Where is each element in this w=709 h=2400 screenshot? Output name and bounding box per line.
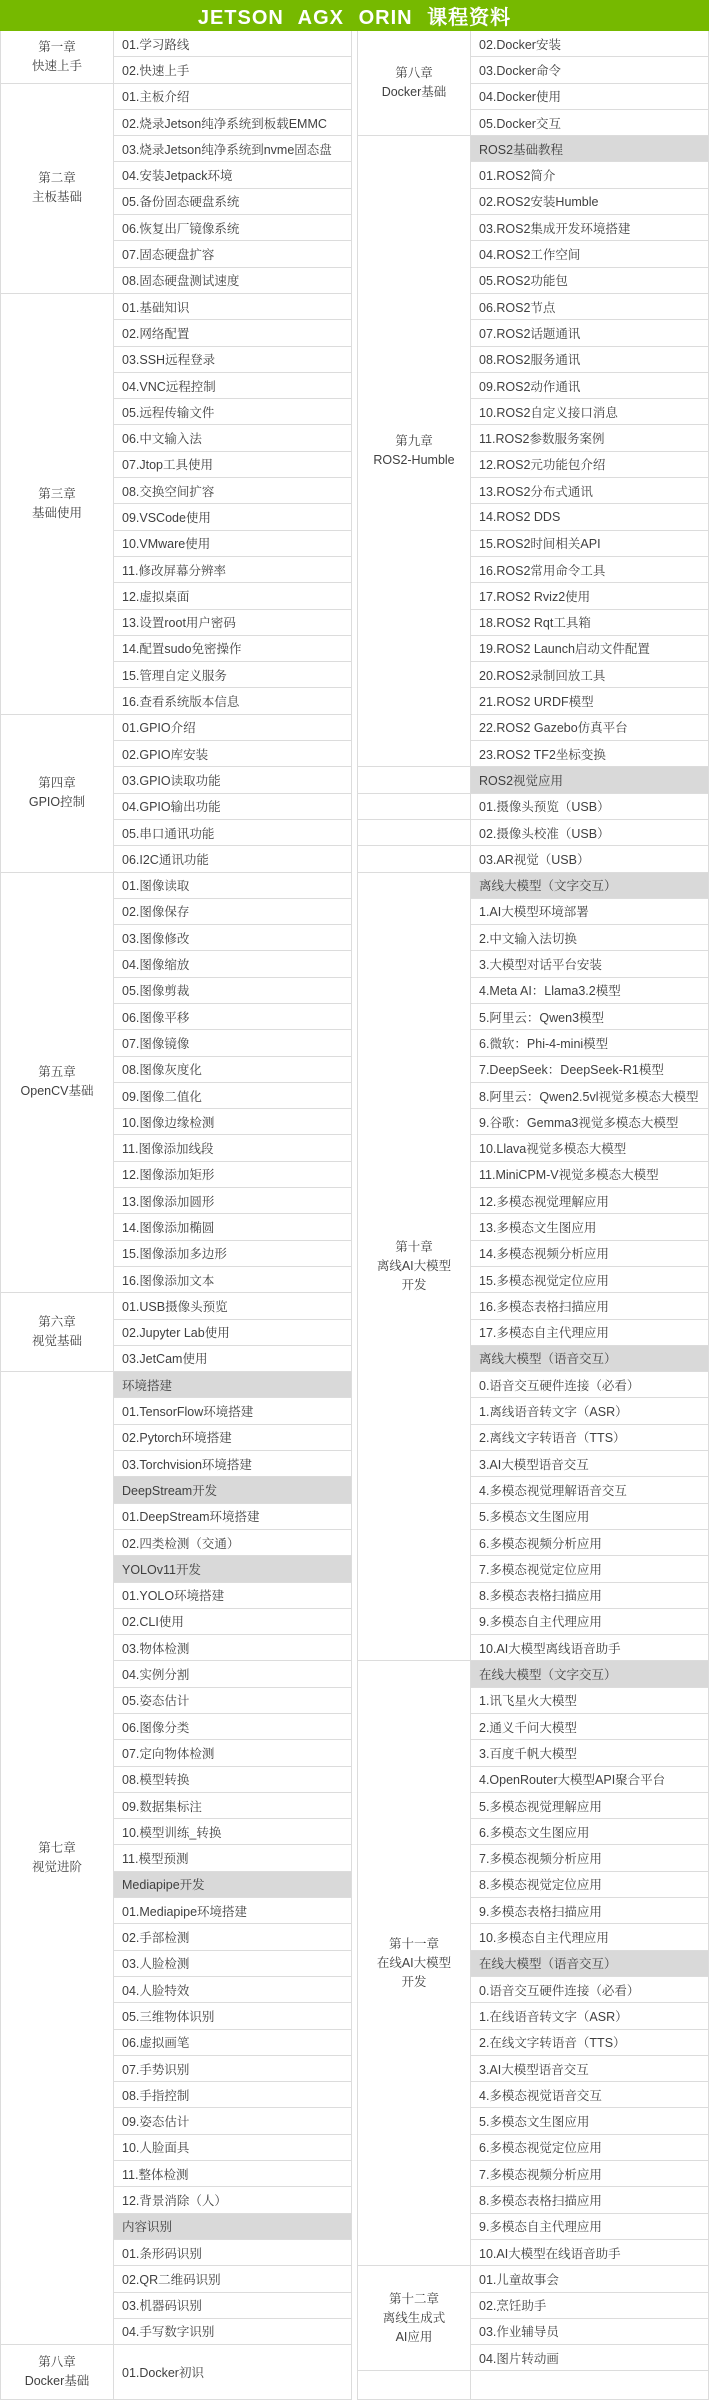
chapter-label-line: 离线生成式: [383, 2309, 446, 2328]
lesson-cell[interactable]: 13.图像添加圆形: [114, 1188, 351, 1214]
lesson-cell[interactable]: 04.实例分割: [114, 1661, 351, 1687]
lesson-cell[interactable]: 3.百度千帆大模型: [471, 1740, 708, 1766]
lesson-cell[interactable]: 16.查看系统版本信息: [114, 688, 351, 714]
lesson-cell[interactable]: 10.AI大模型在线语音助手: [471, 2240, 708, 2266]
chapter-section: 第六章视觉基础01.USB摄像头预览02.Jupyter Lab使用03.Jet…: [1, 1293, 351, 1372]
lesson-cell[interactable]: 03.人脸检测: [114, 1951, 351, 1977]
lesson-cell[interactable]: 4.OpenRouter大模型API聚合平台: [471, 1767, 708, 1793]
lesson-cell[interactable]: 13.ROS2分布式通讯: [471, 478, 708, 504]
lesson-cell[interactable]: 03.AR视觉（USB）: [471, 846, 708, 872]
subsection-header-cell[interactable]: 在线大模型（文字交互）: [471, 1661, 708, 1687]
lesson-cell[interactable]: 1.离线语音转文字（ASR）: [471, 1398, 708, 1424]
lesson-cell[interactable]: 10.Llava视觉多模态大模型: [471, 1135, 708, 1161]
lesson-cell[interactable]: 10.人脸面具: [114, 2135, 351, 2161]
lesson-cell[interactable]: 01.GPIO介绍: [114, 715, 351, 741]
lesson-cell[interactable]: 07.ROS2话题通讯: [471, 320, 708, 346]
chapter-label-line: 第三章: [38, 485, 76, 504]
lesson-cell[interactable]: 10.VMware使用: [114, 531, 351, 557]
lesson-cell[interactable]: 01.DeepStream环境搭建: [114, 1504, 351, 1530]
chapter-label-line: 第十一章: [389, 1935, 439, 1954]
chapter-label-line: 第四章: [38, 774, 76, 793]
subsection-header-cell[interactable]: YOLOv11开发: [114, 1556, 351, 1582]
lesson-cell[interactable]: 01.TensorFlow环境搭建: [114, 1398, 351, 1424]
lesson-cell[interactable]: 10.图像边缘检测: [114, 1109, 351, 1135]
chapter-section: 第一章快速上手01.学习路线02.快速上手: [1, 31, 351, 84]
chapter-label-line: OpenCV基础: [21, 1082, 94, 1101]
lesson-rows: 在线大模型（文字交互）1.讯飞星火大模型2.通义千问大模型3.百度千帆大模型4.…: [471, 1661, 708, 2266]
lesson-cell[interactable]: 04.图像缩放: [114, 951, 351, 977]
chapter-section: [358, 2371, 708, 2399]
lesson-cell[interactable]: 02.摄像头校准（USB）: [471, 820, 708, 846]
lesson-cell[interactable]: 10.AI大模型离线语音助手: [471, 1635, 708, 1661]
lesson-cell[interactable]: 11.图像添加线段: [114, 1135, 351, 1161]
lesson-cell[interactable]: 02.四类检测（交通）: [114, 1530, 351, 1556]
lesson-cell[interactable]: 03.GPIO读取功能: [114, 767, 351, 793]
lesson-cell[interactable]: 6.多模态视觉定位应用: [471, 2135, 708, 2161]
chapter-section: 第十一章在线AI大模型开发在线大模型（文字交互）1.讯飞星火大模型2.通义千问大…: [358, 1661, 708, 2266]
chapter-cell-empty: [358, 2371, 471, 2399]
chapter-label-line: Docker基础: [382, 83, 447, 102]
empty-cell: [471, 2371, 708, 2399]
lesson-cell[interactable]: 07.固态硬盘扩容: [114, 241, 351, 267]
lesson-cell[interactable]: 09.图像二值化: [114, 1083, 351, 1109]
lesson-cell[interactable]: 09.数据集标注: [114, 1793, 351, 1819]
lesson-cell[interactable]: 5.阿里云：Qwen3模型: [471, 1004, 708, 1030]
chapter-label-line: 第十二章: [389, 2290, 439, 2309]
lesson-cell[interactable]: 6.多模态视频分析应用: [471, 1530, 708, 1556]
lesson-cell[interactable]: 16.多模态表格扫描应用: [471, 1293, 708, 1319]
lesson-cell[interactable]: 07.手势识别: [114, 2056, 351, 2082]
subsection-header-cell[interactable]: ROS2基础教程: [471, 136, 708, 162]
lesson-cell[interactable]: 3.大模型对话平台安装: [471, 951, 708, 977]
lesson-cell[interactable]: 8.多模态视觉定位应用: [471, 1872, 708, 1898]
lesson-cell[interactable]: 1.讯飞星火大模型: [471, 1688, 708, 1714]
lesson-cell[interactable]: 02.Jupyter Lab使用: [114, 1320, 351, 1346]
lesson-cell[interactable]: 3.AI大模型语音交互: [471, 2056, 708, 2082]
chapter-cell[interactable]: 第八章Docker基础: [1, 2345, 114, 2399]
lesson-cell[interactable]: 8.阿里云：Qwen2.5vl视觉多模态大模型: [471, 1083, 708, 1109]
lesson-rows: 01.学习路线02.快速上手: [114, 31, 351, 84]
lesson-cell[interactable]: 23.ROS2 TF2坐标变换: [471, 741, 708, 767]
lesson-cell[interactable]: 07.定向物体检测: [114, 1740, 351, 1766]
lesson-cell[interactable]: 06.图像分类: [114, 1714, 351, 1740]
lesson-cell[interactable]: 10.ROS2自定义接口消息: [471, 399, 708, 425]
lesson-cell[interactable]: 01.学习路线: [114, 31, 351, 57]
chapter-cell-empty: [358, 846, 471, 872]
lesson-cell[interactable]: 03.机器码识别: [114, 2293, 351, 2319]
lesson-cell[interactable]: 1.在线语音转文字（ASR）: [471, 2003, 708, 2029]
lesson-cell[interactable]: 7.多模态视频分析应用: [471, 1845, 708, 1871]
lesson-cell[interactable]: 06.ROS2节点: [471, 294, 708, 320]
lesson-cell[interactable]: 06.I2C通讯功能: [114, 846, 351, 872]
chapter-label-line: 开发: [401, 1973, 426, 1992]
lesson-cell[interactable]: 4.Meta AI：Llama3.2模型: [471, 978, 708, 1004]
chapter-label-line: 在线AI大模型: [377, 1954, 451, 1973]
lesson-cell[interactable]: 02.QR二维码识别: [114, 2266, 351, 2292]
lesson-cell[interactable]: 11.修改屏幕分辨率: [114, 557, 351, 583]
lesson-cell[interactable]: 14.图像添加椭圆: [114, 1214, 351, 1240]
chapter-cell[interactable]: 第一章快速上手: [1, 31, 114, 84]
chapter-section: ROS2视觉应用: [358, 767, 708, 793]
chapter-label-line: 第五章: [38, 1063, 76, 1082]
lesson-cell[interactable]: 08.模型转换: [114, 1767, 351, 1793]
chapter-cell-empty: [358, 794, 471, 820]
lesson-rows: 01.摄像头预览（USB）: [471, 794, 708, 820]
lesson-rows: ROS2基础教程01.ROS2简介02.ROS2安装Humble03.ROS2集…: [471, 136, 708, 767]
lesson-cell[interactable]: 03.物体检测: [114, 1635, 351, 1661]
chapter-cell-empty: [358, 820, 471, 846]
chapter-label-line: 离线AI大模型: [377, 1257, 451, 1276]
lesson-cell[interactable]: 0.语音交互硬件连接（必看）: [471, 1372, 708, 1398]
lesson-cell[interactable]: 11.整体检测: [114, 2161, 351, 2187]
chapter-section: 第三章基础使用01.基础知识02.网络配置03.SSH远程登录04.VNC远程控…: [1, 294, 351, 715]
lesson-cell[interactable]: 5.多模态文生图应用: [471, 1504, 708, 1530]
lesson-cell[interactable]: 15.管理自定义服务: [114, 662, 351, 688]
lesson-rows: 02.Docker安装03.Docker命令04.Docker使用05.Dock…: [471, 31, 708, 136]
lesson-cell[interactable]: 08.图像灰度化: [114, 1057, 351, 1083]
lesson-rows: ROS2视觉应用: [471, 767, 708, 793]
chapter-section: 第二章主板基础01.主板介绍02.烧录Jetson纯净系统到板载EMMC03.烧…: [1, 84, 351, 294]
lesson-cell[interactable]: 08.固态硬盘测试速度: [114, 268, 351, 294]
lesson-cell[interactable]: 03.SSH远程登录: [114, 347, 351, 373]
lesson-cell[interactable]: 04.手写数字识别: [114, 2319, 351, 2345]
chapter-cell[interactable]: 第九章ROS2-Humble: [358, 136, 471, 767]
lesson-cell[interactable]: 2.中文输入法切换: [471, 925, 708, 951]
lesson-cell[interactable]: 06.图像平移: [114, 1004, 351, 1030]
chapter-label-line: 第十章: [395, 1238, 433, 1257]
lesson-rows: 01.主板介绍02.烧录Jetson纯净系统到板载EMMC03.烧录Jetson…: [114, 84, 351, 294]
lesson-cell[interactable]: 04.GPIO输出功能: [114, 794, 351, 820]
lesson-cell[interactable]: 02.GPIO库安装: [114, 741, 351, 767]
lesson-cell[interactable]: 8.多模态表格扫描应用: [471, 2187, 708, 2213]
lesson-rows: 01.基础知识02.网络配置03.SSH远程登录04.VNC远程控制05.远程传…: [114, 294, 351, 715]
subsection-header-cell[interactable]: 环境搭建: [114, 1372, 351, 1398]
chapter-cell[interactable]: 第六章视觉基础: [1, 1293, 114, 1372]
lesson-cell[interactable]: 01.儿童故事会: [471, 2266, 708, 2292]
lesson-cell[interactable]: 02.Pytorch环境搭建: [114, 1425, 351, 1451]
lesson-cell[interactable]: 4.多模态视觉理解语音交互: [471, 1477, 708, 1503]
lesson-cell[interactable]: 01.主板介绍: [114, 84, 351, 110]
chapter-label-line: 第二章: [38, 169, 76, 188]
lesson-cell[interactable]: 2.离线文字转语音（TTS）: [471, 1425, 708, 1451]
chapter-section: 01.摄像头预览（USB）: [358, 794, 708, 820]
lesson-cell[interactable]: 6.多模态文生图应用: [471, 1819, 708, 1845]
chapter-cell[interactable]: 第二章主板基础: [1, 84, 114, 294]
lesson-cell[interactable]: 01.Mediapipe环境搭建: [114, 1898, 351, 1924]
lesson-cell[interactable]: 03.作业辅导员: [471, 2319, 708, 2345]
lesson-rows: 环境搭建01.TensorFlow环境搭建02.Pytorch环境搭建03.To…: [114, 1372, 351, 2345]
chapter-cell[interactable]: 第八章Docker基础: [358, 31, 471, 136]
chapter-cell[interactable]: 第五章OpenCV基础: [1, 873, 114, 1294]
lesson-cell[interactable]: 01.Docker初识: [114, 2345, 351, 2399]
lesson-cell[interactable]: 03.烧录Jetson纯净系统到nvme固态盘: [114, 136, 351, 162]
subsection-header-cell[interactable]: 内容识别: [114, 2214, 351, 2240]
lesson-cell[interactable]: 05.三维物体识别: [114, 2003, 351, 2029]
lesson-cell[interactable]: 17.ROS2 Rviz2使用: [471, 583, 708, 609]
lesson-cell[interactable]: 04.ROS2工作空间: [471, 241, 708, 267]
chapter-section: 第十章离线AI大模型开发离线大模型（文字交互）1.AI大模型环境部署2.中文输入…: [358, 873, 708, 1662]
lesson-cell[interactable]: 06.中文输入法: [114, 425, 351, 451]
lesson-rows: 01.图像读取02.图像保存03.图像修改04.图像缩放05.图像剪裁06.图像…: [114, 873, 351, 1294]
chapter-section: 02.摄像头校准（USB）: [358, 820, 708, 846]
lesson-cell[interactable]: 15.ROS2时间相关API: [471, 531, 708, 557]
chapter-label-line: 第八章: [38, 2353, 76, 2372]
lesson-cell[interactable]: 02.烹饪助手: [471, 2293, 708, 2319]
lesson-cell[interactable]: 01.摄像头预览（USB）: [471, 794, 708, 820]
lesson-cell[interactable]: 02.手部检测: [114, 1924, 351, 1950]
lesson-cell[interactable]: 09.ROS2动作通讯: [471, 373, 708, 399]
lesson-cell[interactable]: 04.Docker使用: [471, 84, 708, 110]
lesson-cell[interactable]: 13.多模态文生图应用: [471, 1214, 708, 1240]
lesson-rows: 01.USB摄像头预览02.Jupyter Lab使用03.JetCam使用: [114, 1293, 351, 1372]
lesson-cell[interactable]: 15.多模态视觉定位应用: [471, 1267, 708, 1293]
chapter-label-line: 第六章: [38, 1313, 76, 1332]
lesson-rows: 03.AR视觉（USB）: [471, 846, 708, 872]
lesson-cell[interactable]: 04.图片转动画: [471, 2345, 708, 2371]
lesson-cell[interactable]: 7.多模态视频分析应用: [471, 2161, 708, 2187]
lesson-cell[interactable]: 09.VSCode使用: [114, 504, 351, 530]
subsection-header-cell[interactable]: 离线大模型（文字交互）: [471, 873, 708, 899]
lesson-cell[interactable]: 08.交换空间扩容: [114, 478, 351, 504]
chapter-label-line: 第一章: [38, 38, 76, 57]
lesson-cell[interactable]: 05.ROS2功能包: [471, 268, 708, 294]
lesson-cell[interactable]: 22.ROS2 Gazebo仿真平台: [471, 715, 708, 741]
tables-container: 第一章快速上手01.学习路线02.快速上手第二章主板基础01.主板介绍02.烧录…: [0, 31, 709, 2400]
lesson-cell[interactable]: 03.Docker命令: [471, 57, 708, 83]
chapter-section: 第十二章离线生成式AI应用01.儿童故事会02.烹饪助手03.作业辅导员04.图…: [358, 2266, 708, 2371]
lesson-cell[interactable]: 02.CLI使用: [114, 1609, 351, 1635]
lesson-cell[interactable]: 12.背景消除（人）: [114, 2187, 351, 2213]
lesson-cell[interactable]: 09.姿态估计: [114, 2108, 351, 2134]
chapter-section: 第九章ROS2-HumbleROS2基础教程01.ROS2简介02.ROS2安装…: [358, 136, 708, 767]
lesson-rows: 01.GPIO介绍02.GPIO库安装03.GPIO读取功能04.GPIO输出功…: [114, 715, 351, 873]
lesson-cell[interactable]: 06.恢复出厂镜像系统: [114, 215, 351, 241]
course-catalog-page: JETSON AGX ORIN 课程资料 第一章快速上手01.学习路线02.快速…: [0, 0, 709, 2400]
lesson-cell[interactable]: 12.虚拟桌面: [114, 583, 351, 609]
lesson-cell[interactable]: 5.多模态视觉理解应用: [471, 1793, 708, 1819]
lesson-cell[interactable]: 05.姿态估计: [114, 1688, 351, 1714]
chapter-section: 第八章Docker基础02.Docker安装03.Docker命令04.Dock…: [358, 31, 708, 136]
lesson-cell[interactable]: 6.微软：Phi-4-mini模型: [471, 1030, 708, 1056]
chapter-label-line: 第九章: [395, 432, 433, 451]
lesson-cell[interactable]: 05.图像剪裁: [114, 978, 351, 1004]
chapter-section: 第四章GPIO控制01.GPIO介绍02.GPIO库安装03.GPIO读取功能0…: [1, 715, 351, 873]
lesson-cell[interactable]: 08.手指控制: [114, 2082, 351, 2108]
lesson-cell[interactable]: 03.Torchvision环境搭建: [114, 1451, 351, 1477]
lesson-rows: 离线大模型（文字交互）1.AI大模型环境部署2.中文输入法切换3.大模型对话平台…: [471, 873, 708, 1662]
lesson-cell[interactable]: 0.语音交互硬件连接（必看）: [471, 1977, 708, 2003]
course-table-right: 第八章Docker基础02.Docker安装03.Docker命令04.Dock…: [357, 31, 709, 2400]
lesson-cell[interactable]: 9.多模态自主代理应用: [471, 1609, 708, 1635]
lesson-cell[interactable]: 02.网络配置: [114, 320, 351, 346]
lesson-cell[interactable]: 06.虚拟画笔: [114, 2030, 351, 2056]
subsection-header-cell[interactable]: DeepStream开发: [114, 1477, 351, 1503]
course-table-left: 第一章快速上手01.学习路线02.快速上手第二章主板基础01.主板介绍02.烧录…: [0, 31, 352, 2400]
lesson-cell[interactable]: 12.图像添加矩形: [114, 1162, 351, 1188]
chapter-section: 03.AR视觉（USB）: [358, 846, 708, 872]
lesson-cell[interactable]: 01.图像读取: [114, 873, 351, 899]
lesson-cell[interactable]: 1.AI大模型环境部署: [471, 899, 708, 925]
lesson-cell[interactable]: 16.ROS2常用命令工具: [471, 557, 708, 583]
subsection-header-cell[interactable]: 离线大模型（语音交互）: [471, 1346, 708, 1372]
lesson-cell[interactable]: 19.ROS2 Launch启动文件配置: [471, 636, 708, 662]
chapter-label-line: 快速上手: [32, 57, 82, 76]
chapter-cell[interactable]: 第七章视觉进阶: [1, 1372, 114, 2345]
lesson-cell[interactable]: 2.在线文字转语音（TTS）: [471, 2030, 708, 2056]
lesson-cell[interactable]: 11.模型预测: [114, 1845, 351, 1871]
lesson-cell[interactable]: 02.图像保存: [114, 899, 351, 925]
subsection-header-cell[interactable]: 在线大模型（语音交互）: [471, 1951, 708, 1977]
chapter-section: 第五章OpenCV基础01.图像读取02.图像保存03.图像修改04.图像缩放0…: [1, 873, 351, 1294]
chapter-cell-empty: [358, 767, 471, 793]
lesson-cell[interactable]: 01.基础知识: [114, 294, 351, 320]
chapter-label-line: 视觉进阶: [32, 1858, 82, 1877]
lesson-rows: 02.摄像头校准（USB）: [471, 820, 708, 846]
chapter-label-line: AI应用: [396, 2328, 433, 2347]
chapter-label-line: Docker基础: [25, 2372, 90, 2391]
lesson-rows: 01.Docker初识: [114, 2345, 351, 2399]
lesson-cell[interactable]: 17.多模态自主代理应用: [471, 1320, 708, 1346]
lesson-cell[interactable]: 3.AI大模型语音交互: [471, 1451, 708, 1477]
lesson-cell[interactable]: 9.多模态表格扫描应用: [471, 1898, 708, 1924]
page-title-bar: JETSON AGX ORIN 课程资料: [0, 0, 709, 31]
lesson-cell[interactable]: 18.ROS2 Rqt工具箱: [471, 610, 708, 636]
lesson-cell[interactable]: 01.USB摄像头预览: [114, 1293, 351, 1319]
chapter-section: 第七章视觉进阶环境搭建01.TensorFlow环境搭建02.Pytorch环境…: [1, 1372, 351, 2345]
lesson-cell[interactable]: 05.备份固态硬盘系统: [114, 189, 351, 215]
lesson-cell[interactable]: 02.Docker安装: [471, 31, 708, 57]
lesson-cell[interactable]: 01.条形码识别: [114, 2240, 351, 2266]
chapter-cell[interactable]: 第十一章在线AI大模型开发: [358, 1661, 471, 2266]
lesson-cell[interactable]: 11.ROS2参数服务案例: [471, 425, 708, 451]
chapter-cell[interactable]: 第十二章离线生成式AI应用: [358, 2266, 471, 2371]
lesson-cell[interactable]: 03.JetCam使用: [114, 1346, 351, 1372]
chapter-label-line: 主板基础: [32, 188, 82, 207]
lesson-cell[interactable]: 5.多模态文生图应用: [471, 2108, 708, 2134]
lesson-cell[interactable]: 02.ROS2安装Humble: [471, 189, 708, 215]
chapter-section: 第八章Docker基础01.Docker初识: [1, 2345, 351, 2399]
chapter-label-line: 视觉基础: [32, 1332, 82, 1351]
lesson-cell[interactable]: 04.VNC远程控制: [114, 373, 351, 399]
lesson-cell[interactable]: 7.多模态视觉定位应用: [471, 1556, 708, 1582]
lesson-cell[interactable]: 12.多模态视觉理解应用: [471, 1188, 708, 1214]
lesson-cell[interactable]: 01.ROS2简介: [471, 162, 708, 188]
chapter-cell[interactable]: 第四章GPIO控制: [1, 715, 114, 873]
subsection-header-cell[interactable]: Mediapipe开发: [114, 1872, 351, 1898]
lesson-cell[interactable]: 9.多模态自主代理应用: [471, 2214, 708, 2240]
lesson-cell[interactable]: 03.ROS2集成开发环境搭建: [471, 215, 708, 241]
chapter-label-line: 基础使用: [32, 504, 82, 523]
chapter-cell[interactable]: 第三章基础使用: [1, 294, 114, 715]
lesson-cell[interactable]: 7.DeepSeek：DeepSeek-R1模型: [471, 1057, 708, 1083]
lesson-cell[interactable]: 20.ROS2录制回放工具: [471, 662, 708, 688]
lesson-cell[interactable]: 10.模型训练_转换: [114, 1819, 351, 1845]
lesson-rows: [471, 2371, 708, 2399]
lesson-cell[interactable]: 21.ROS2 URDF模型: [471, 688, 708, 714]
lesson-cell[interactable]: 01.YOLO环境搭建: [114, 1583, 351, 1609]
lesson-cell[interactable]: 04.安装Jetpack环境: [114, 162, 351, 188]
lesson-rows: 01.儿童故事会02.烹饪助手03.作业辅导员04.图片转动画: [471, 2266, 708, 2371]
lesson-cell[interactable]: 9.谷歌：Gemma3视觉多模态大模型: [471, 1109, 708, 1135]
lesson-cell[interactable]: 15.图像添加多边形: [114, 1241, 351, 1267]
lesson-cell[interactable]: 08.ROS2服务通讯: [471, 347, 708, 373]
chapter-label-line: 第八章: [395, 64, 433, 83]
lesson-cell[interactable]: 14.ROS2 DDS: [471, 504, 708, 530]
lesson-cell[interactable]: 05.串口通讯功能: [114, 820, 351, 846]
lesson-cell[interactable]: 05.Docker交互: [471, 110, 708, 136]
subsection-header-cell[interactable]: ROS2视觉应用: [471, 767, 708, 793]
page-title: JETSON AGX ORIN 课程资料: [198, 1, 511, 30]
chapter-cell[interactable]: 第十章离线AI大模型开发: [358, 873, 471, 1662]
lesson-cell[interactable]: 02.快速上手: [114, 57, 351, 83]
lesson-cell[interactable]: 13.设置root用户密码: [114, 610, 351, 636]
lesson-cell[interactable]: 14.配置sudo免密操作: [114, 636, 351, 662]
lesson-cell[interactable]: 03.图像修改: [114, 925, 351, 951]
lesson-cell[interactable]: 07.图像镜像: [114, 1030, 351, 1056]
lesson-cell[interactable]: 12.ROS2元功能包介绍: [471, 452, 708, 478]
lesson-cell[interactable]: 05.远程传输文件: [114, 399, 351, 425]
lesson-cell[interactable]: 2.通义千问大模型: [471, 1714, 708, 1740]
lesson-cell[interactable]: 11.MiniCPM-V视觉多模态大模型: [471, 1162, 708, 1188]
lesson-cell[interactable]: 4.多模态视觉语音交互: [471, 2082, 708, 2108]
lesson-cell[interactable]: 02.烧录Jetson纯净系统到板载EMMC: [114, 110, 351, 136]
chapter-label-line: 第七章: [38, 1839, 76, 1858]
lesson-cell[interactable]: 8.多模态表格扫描应用: [471, 1583, 708, 1609]
lesson-cell[interactable]: 04.人脸特效: [114, 1977, 351, 2003]
lesson-cell[interactable]: 14.多模态视频分析应用: [471, 1241, 708, 1267]
chapter-label-line: 开发: [401, 1276, 426, 1295]
lesson-cell[interactable]: 10.多模态自主代理应用: [471, 1924, 708, 1950]
lesson-cell[interactable]: 16.图像添加文本: [114, 1267, 351, 1293]
chapter-label-line: ROS2-Humble: [373, 451, 454, 470]
lesson-cell[interactable]: 07.Jtop工具使用: [114, 452, 351, 478]
chapter-label-line: GPIO控制: [29, 793, 85, 812]
